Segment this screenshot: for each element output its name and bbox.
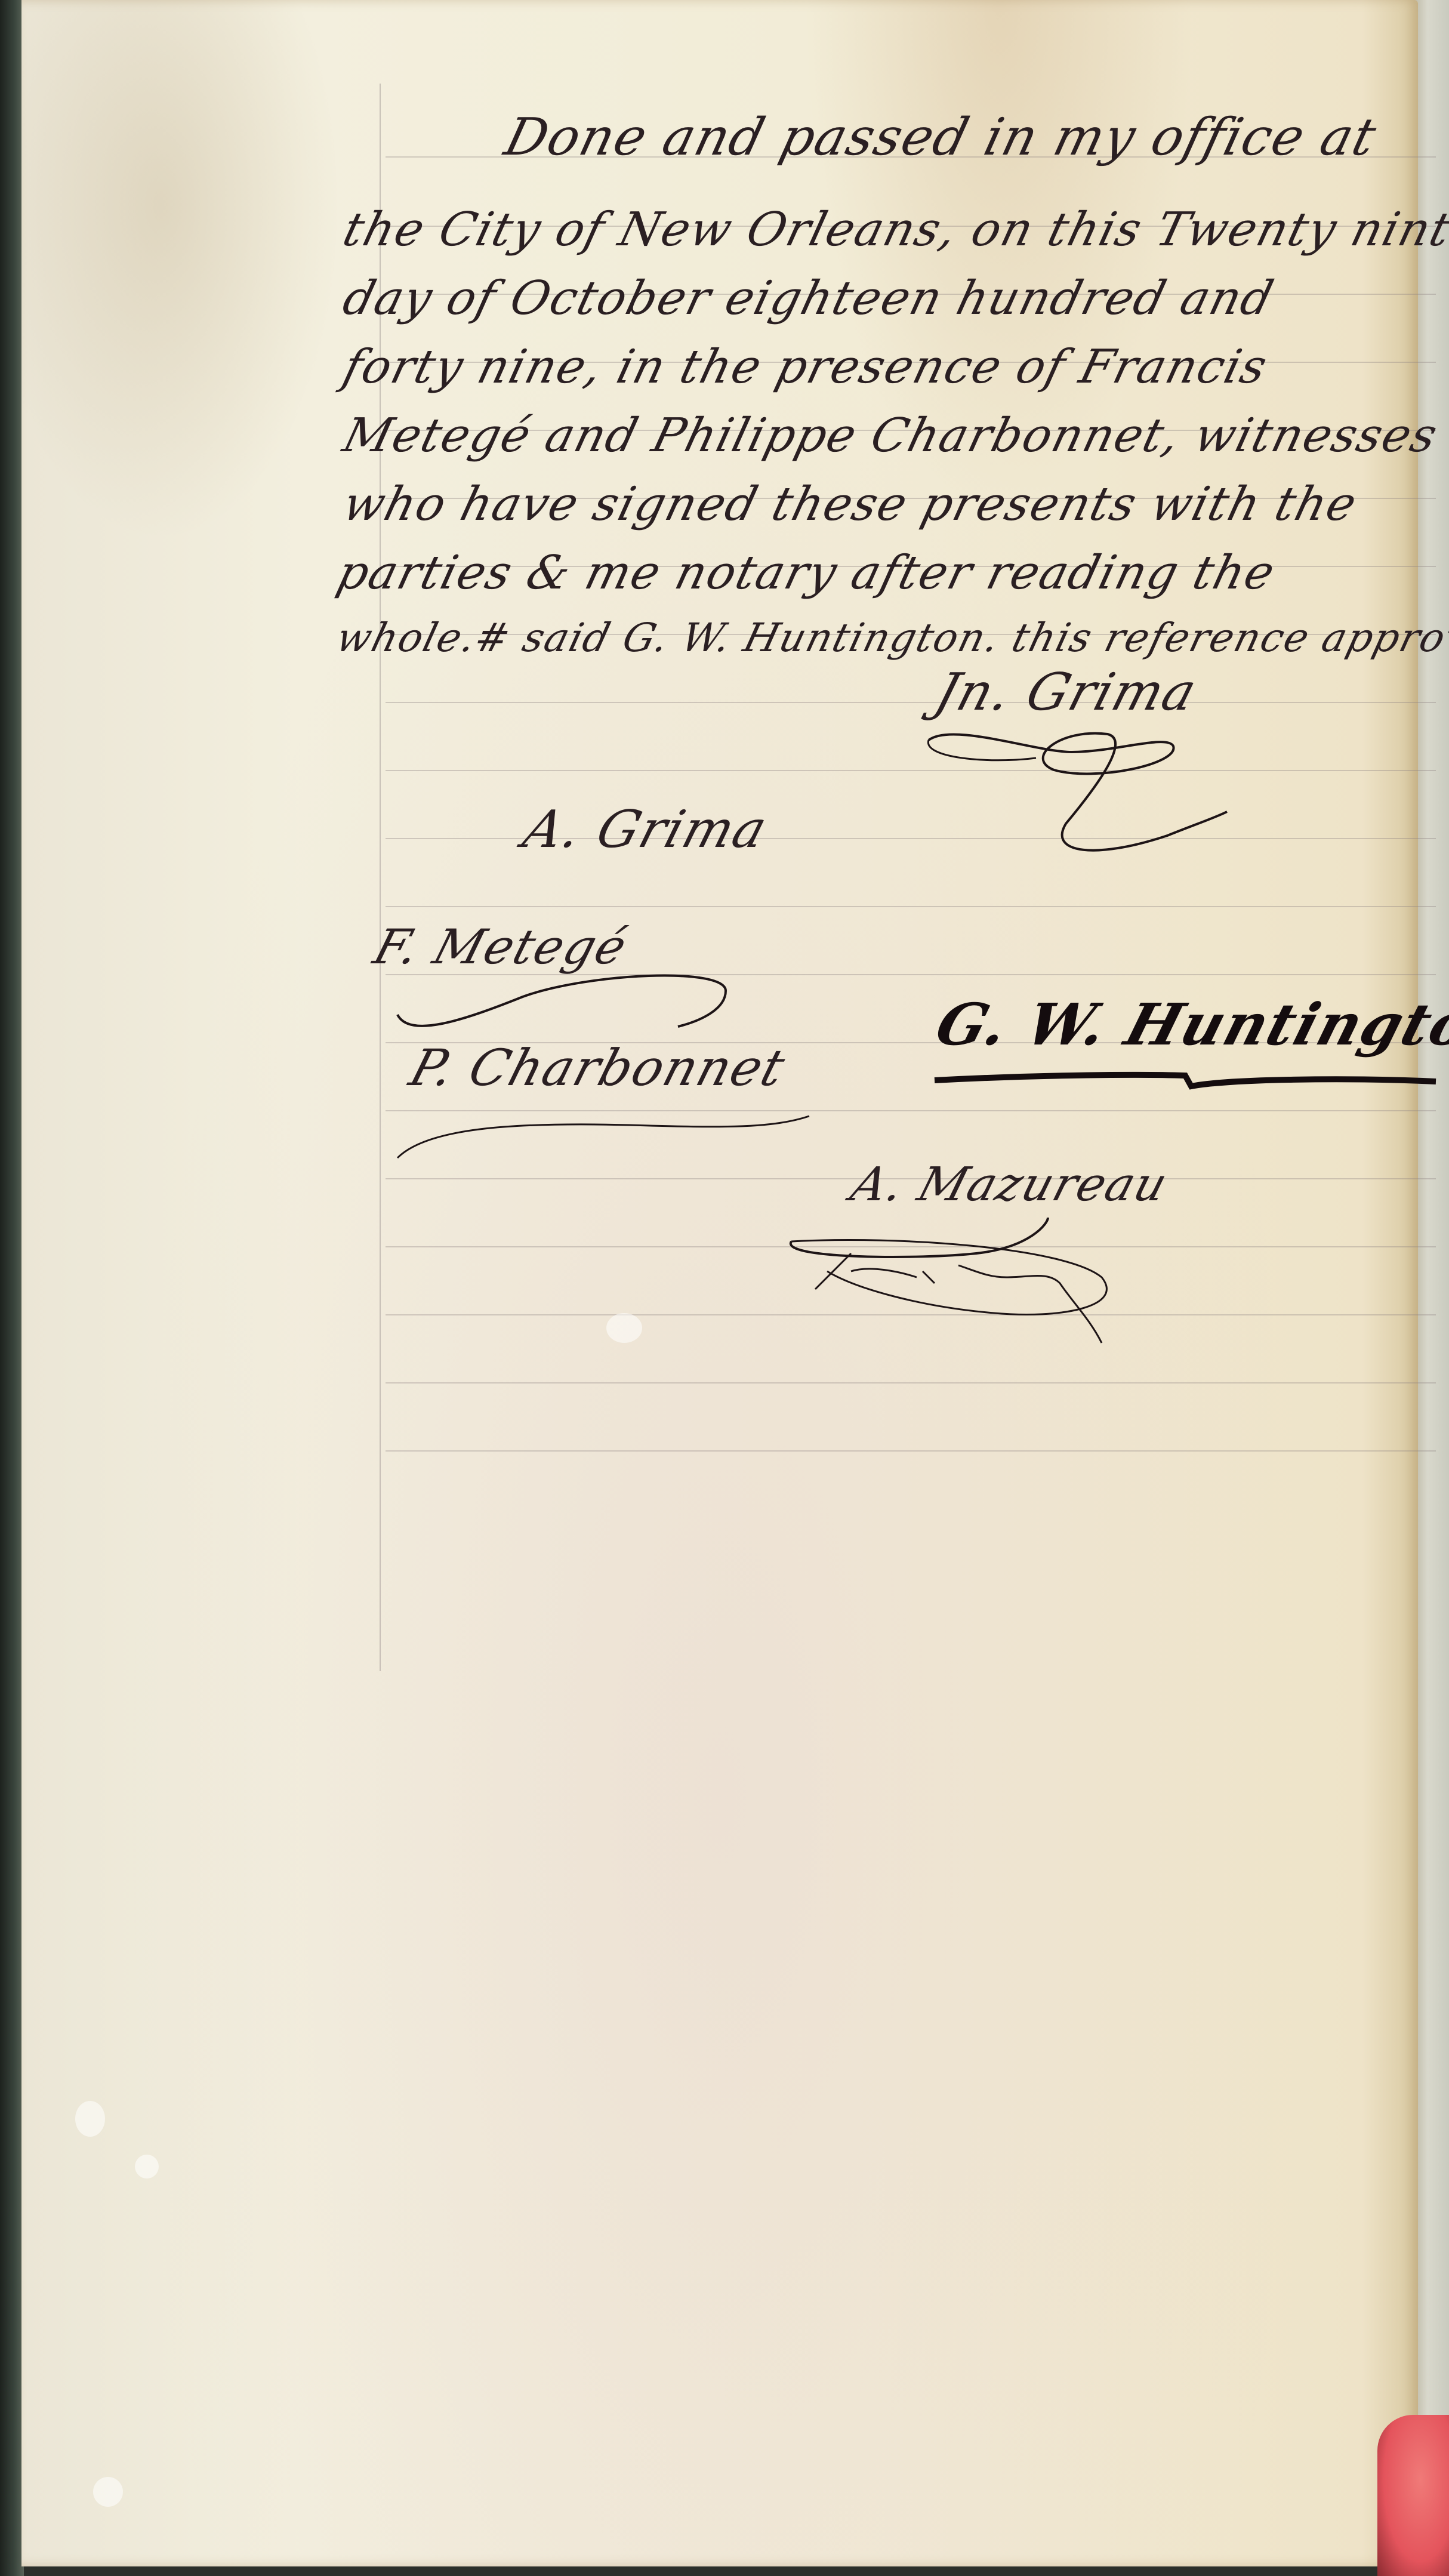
ruled-line	[386, 906, 1436, 907]
mazureau-flourish-icon	[779, 1218, 1197, 1355]
body-line-8: whole.# said G. W. Huntington. this refe…	[332, 615, 1449, 661]
notary-signature: Jn. Grima	[929, 663, 1204, 722]
paper-spot	[75, 2101, 105, 2137]
paper-spot	[606, 1313, 642, 1343]
body-line-5: Metegé and Philippe Charbonnet, witnesse…	[338, 409, 1444, 463]
body-line-1: Done and passed in my office at	[499, 107, 1383, 167]
paper-spot	[135, 2155, 159, 2178]
paper-spot	[93, 2477, 123, 2507]
ruled-line	[386, 1450, 1436, 1452]
body-line-3: day of October eighteen hundred and	[338, 272, 1280, 325]
body-line-4: forty nine, in the presence of Francis	[338, 340, 1273, 394]
ruled-line	[386, 702, 1436, 703]
charbonnet-flourish-icon	[391, 1110, 821, 1164]
notary-flourish-icon	[917, 716, 1251, 871]
ruled-line	[386, 770, 1436, 771]
book-binding-edge	[0, 0, 24, 2576]
signature-charbonnet: P. Charbonnet	[403, 1039, 793, 1097]
metege-flourish-icon	[391, 967, 750, 1039]
document-page: Done and passed in my office at the City…	[21, 0, 1418, 2566]
huntington-underline-icon	[929, 1068, 1442, 1104]
signature-mazureau: A. Mazureau	[845, 1158, 1174, 1212]
signature-a-grima: A. Grima	[517, 800, 775, 859]
body-line-2: the City of New Orleans, on this Twenty …	[338, 203, 1449, 257]
body-line-6: who have signed these presents with the	[338, 477, 1363, 531]
signature-huntington: G. W. Huntington.	[929, 991, 1449, 1058]
ruled-line	[386, 1382, 1436, 1383]
holding-thumb	[1377, 2415, 1449, 2576]
page-stack-edge	[1413, 0, 1449, 2576]
body-line-7: parties & me notary after reading the	[332, 546, 1281, 600]
